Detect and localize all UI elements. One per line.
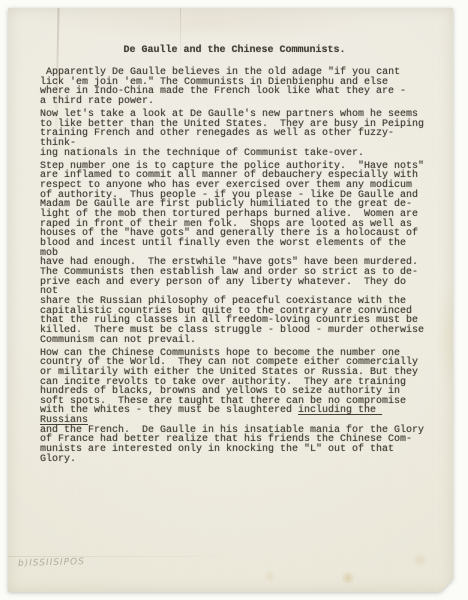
- paragraph-2: Now let's take a look at De Gaulle's new…: [40, 110, 429, 158]
- paragraph-3: Step number one is to capture the police…: [40, 162, 429, 345]
- scan-background: De Gaulle and the Chinese Communists. Ap…: [0, 0, 468, 600]
- paragraph-4-end: and the French. De Gaulle in his insatia…: [40, 425, 424, 465]
- paragraph-4: How can the Chinese Communists hope to b…: [40, 349, 429, 465]
- pencil-annotation: b)ISSIISIPOS: [18, 557, 85, 569]
- document-title: De Gaulle and the Chinese Communists.: [40, 46, 429, 56]
- document-page: De Gaulle and the Chinese Communists. Ap…: [8, 8, 453, 592]
- paragraph-1: Apparently De Gaulle believes in the old…: [40, 68, 429, 107]
- paper-shadow: De Gaulle and the Chinese Communists. Ap…: [8, 8, 453, 592]
- typed-text-block: De Gaulle and the Chinese Communists. Ap…: [8, 8, 453, 592]
